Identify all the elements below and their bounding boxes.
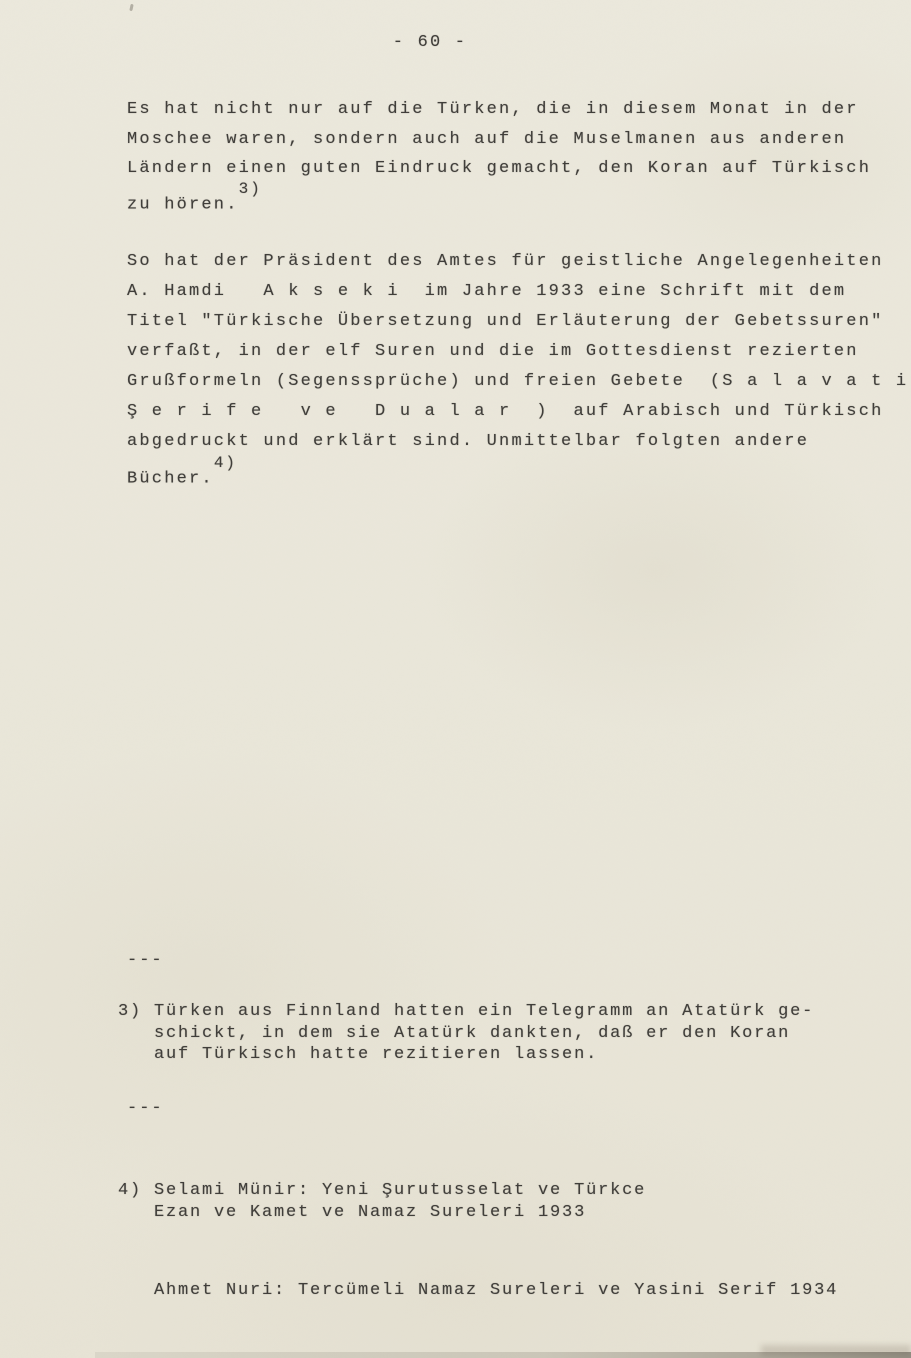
footnote-ref-3: 3) bbox=[239, 180, 262, 198]
footnote-3: 3) Türken aus Finnland hatten ein Telegr… bbox=[118, 1001, 814, 1066]
footnote-4-entry-1: 4) Selami Münir: Yeni Şurutusselat ve Tü… bbox=[118, 1180, 838, 1223]
paragraph-2: So hat der Präsident des Amtes für geist… bbox=[127, 247, 908, 495]
scanned-document-page: - 60 - Es hat nicht nur auf die Türken, … bbox=[0, 0, 911, 1358]
footnote-ref-4: 4) bbox=[214, 454, 237, 472]
stray-ink-speck bbox=[129, 4, 133, 11]
footnote-4-entry-2: Ahmet Nuri: Tercümeli Namaz Sureleri ve … bbox=[118, 1280, 838, 1302]
page-number: - 60 - bbox=[0, 33, 860, 53]
paragraph-1: Es hat nicht nur auf die Türken, die in … bbox=[127, 95, 871, 220]
footnote-separator-2: --- bbox=[127, 1098, 164, 1120]
paragraph-2-text: So hat der Präsident des Amtes für geist… bbox=[127, 252, 908, 489]
footnote-4: 4) Selami Münir: Yeni Şurutusselat ve Tü… bbox=[118, 1137, 838, 1345]
scan-bottom-edge bbox=[95, 1352, 911, 1358]
footnote-separator-1: --- bbox=[127, 950, 164, 972]
